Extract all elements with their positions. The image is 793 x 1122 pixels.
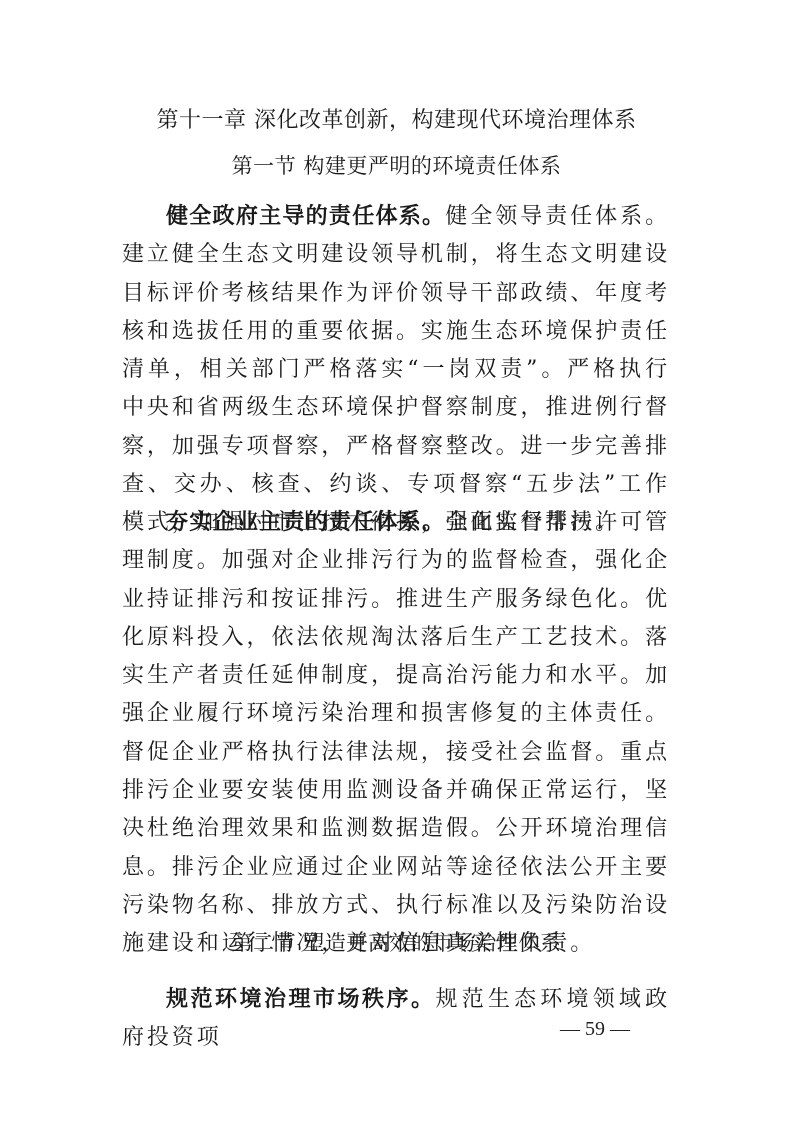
section-1-body: 健全政府主导的责任体系。健全领导责任体系。建立健全生态文明建设领导机制，将生态文… xyxy=(122,198,670,543)
chapter-title: 第十一章 深化改革创新，构建现代环境治理体系 xyxy=(0,106,793,136)
page-number: — 59 — xyxy=(530,1017,660,1041)
paragraph-text: 健全领导责任体系。建立健全生态文明建设领导机制，将生态文明建设目标评价考核结果作… xyxy=(122,204,670,535)
section-1-body-continued: 夯实企业主责的责任体系。全面实行排污许可管理制度。加强对企业排污行为的监督检查，… xyxy=(122,504,670,964)
paragraph-enterprise-responsibility: 夯实企业主责的责任体系。全面实行排污许可管理制度。加强对企业排污行为的监督检查，… xyxy=(122,504,670,964)
section-title-2: 第二节 塑造更高效的市场治理体系 xyxy=(0,928,793,958)
paragraph-government-responsibility: 健全政府主导的责任体系。健全领导责任体系。建立健全生态文明建设领导机制，将生态文… xyxy=(122,198,670,543)
section-title-1: 第一节 构建更严明的环境责任体系 xyxy=(0,151,793,181)
paragraph-lead: 健全政府主导的责任体系。 xyxy=(166,204,445,229)
document-page: 第十一章 深化改革创新，构建现代环境治理体系 第一节 构建更严明的环境责任体系 … xyxy=(0,0,793,1122)
paragraph-text: 全面实行排污许可管理制度。加强对企业排污行为的监督检查，强化企业持证排污和按证排… xyxy=(122,510,670,956)
paragraph-lead: 夯实企业主责的责任体系。 xyxy=(166,510,445,535)
paragraph-lead: 规范环境治理市场秩序。 xyxy=(166,987,436,1012)
